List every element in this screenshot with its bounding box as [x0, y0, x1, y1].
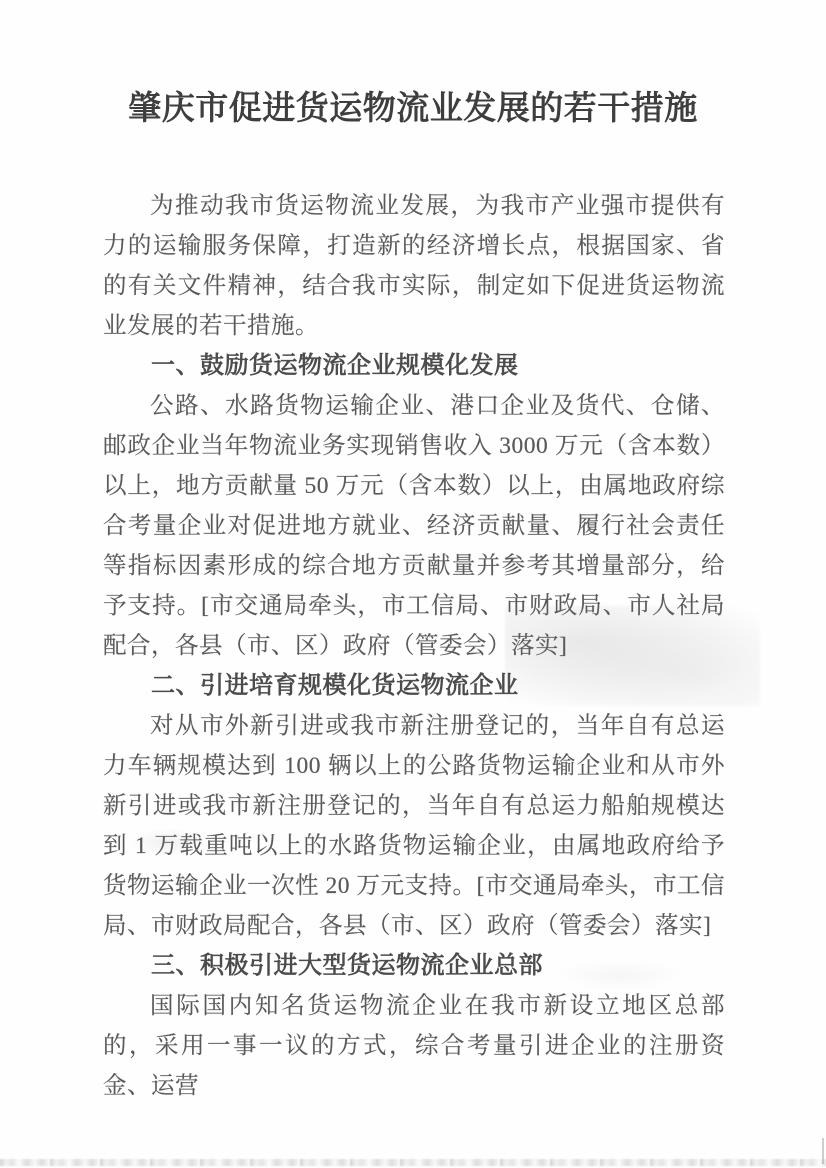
section-2-paragraph: 对从市外新引进或我市新注册登记的，当年自有总运力车辆规模达到 100 辆以上的公…	[103, 706, 725, 946]
section-3-paragraph: 国际国内知名货运物流企业在我市新设立地区总部的，采用一事一议的方式，综合考量引进…	[103, 986, 725, 1106]
intro-paragraph: 为推动我市货运物流业发展，为我市产业强市提供有力的运输服务保障，打造新的经济增长…	[103, 186, 725, 346]
section-heading-3: 三、积极引进大型货运物流企业总部	[103, 946, 725, 986]
scan-right-edge-artifact	[822, 1138, 824, 1164]
scan-bottom-edge-artifact	[0, 1159, 826, 1166]
document-body: 为推动我市货运物流业发展，为我市产业强市提供有力的运输服务保障，打造新的经济增长…	[0, 186, 826, 1106]
section-heading-2: 二、引进培育规模化货运物流企业	[103, 666, 725, 706]
document-title: 肇庆市促进货运物流业发展的若干措施	[0, 0, 826, 132]
scanned-document-page: 肇庆市促进货运物流业发展的若干措施 为推动我市货运物流业发展，为我市产业强市提供…	[0, 0, 826, 1168]
section-1-paragraph: 公路、水路货物运输企业、港口企业及货代、仓储、邮政企业当年物流业务实现销售收入 …	[103, 386, 725, 666]
section-heading-1: 一、鼓励货运物流企业规模化发展	[103, 346, 725, 386]
